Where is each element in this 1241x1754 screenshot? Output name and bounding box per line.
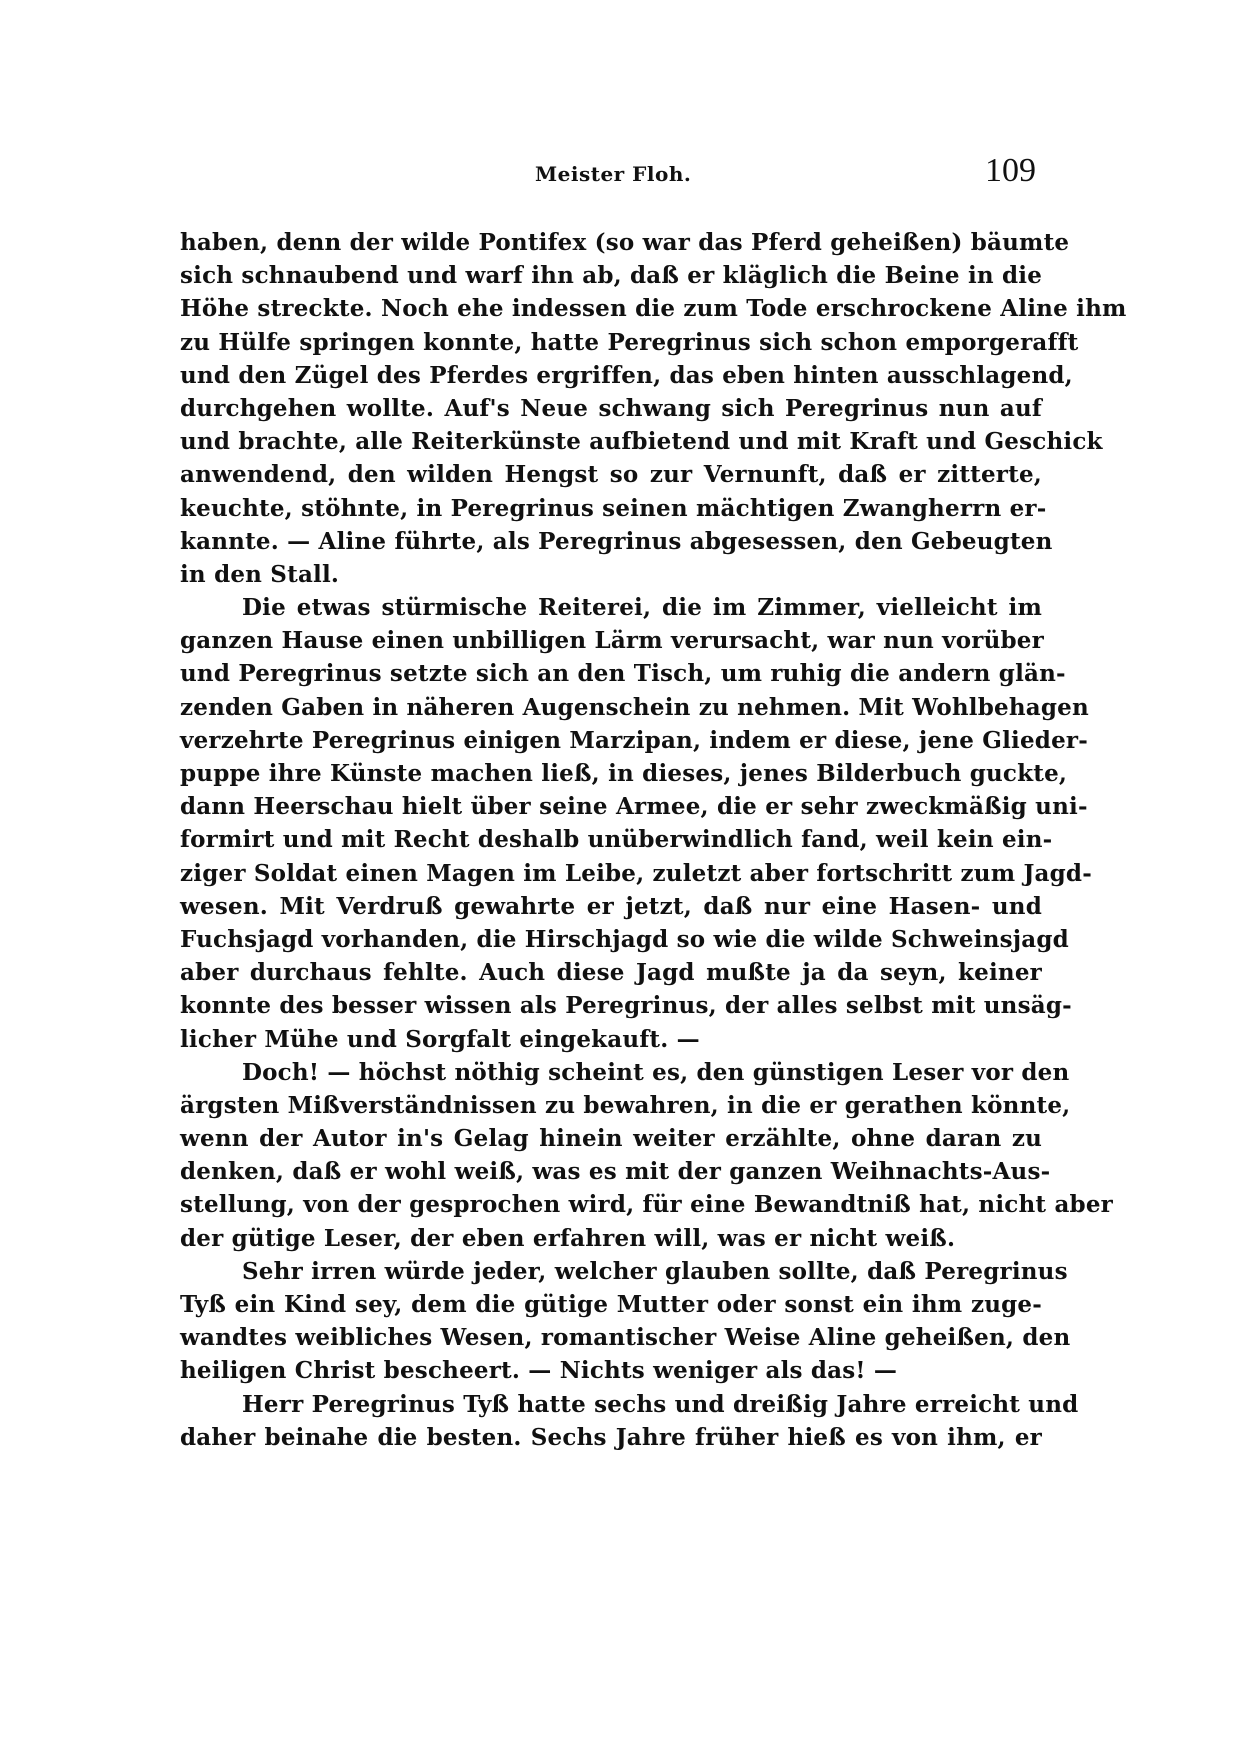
text-line: Doch! — höchst nöthig scheint es, den gü… bbox=[180, 1056, 1042, 1089]
text-line: durchgehen wollte. Auf's Neue schwang si… bbox=[180, 392, 1042, 425]
body-text: haben, denn der wilde Pontifex (so war d… bbox=[180, 226, 1042, 1454]
text-line: und brachte, alle Reiterkünste aufbieten… bbox=[180, 425, 1042, 458]
text-line: anwendend, den wilden Hengst so zur Vern… bbox=[180, 458, 1042, 491]
text-line: puppe ihre Künste machen ließ, in dieses… bbox=[180, 757, 1042, 790]
text-line: wenn der Autor in's Gelag hinein weiter … bbox=[180, 1122, 1042, 1155]
text-line: Sehr irren würde jeder, welcher glauben … bbox=[180, 1255, 1042, 1288]
text-line: Tyß ein Kind sey, dem die gütige Mutter … bbox=[180, 1288, 1042, 1321]
text-line: denken, daß er wohl weiß, was es mit der… bbox=[180, 1155, 1042, 1188]
text-line: zenden Gaben in näheren Augenschein zu n… bbox=[180, 691, 1042, 724]
text-line: licher Mühe und Sorgfalt eingekauft. — bbox=[180, 1023, 1042, 1056]
text-line: dann Heerschau hielt über seine Armee, d… bbox=[180, 790, 1042, 823]
text-line: daher beinahe die besten. Sechs Jahre fr… bbox=[180, 1421, 1042, 1454]
text-line: Höhe streckte. Noch ehe indessen die zum… bbox=[180, 292, 1042, 325]
text-line: haben, denn der wilde Pontifex (so war d… bbox=[180, 226, 1042, 259]
text-line: sich schnaubend und warf ihn ab, daß er … bbox=[180, 259, 1042, 292]
paragraph: Doch! — höchst nöthig scheint es, den gü… bbox=[180, 1056, 1042, 1255]
text-line: ganzen Hause einen unbilligen Lärm verur… bbox=[180, 624, 1042, 657]
book-page: Meister Floh. 109 haben, denn der wilde … bbox=[0, 0, 1241, 1754]
text-line: Fuchsjagd vorhanden, die Hirschjagd so w… bbox=[180, 923, 1042, 956]
text-line: ziger Soldat einen Magen im Leibe, zulet… bbox=[180, 857, 1042, 890]
text-line: Die etwas stürmische Reiterei, die im Zi… bbox=[180, 591, 1042, 624]
text-line: in den Stall. bbox=[180, 558, 1042, 591]
text-line: heiligen Christ bescheert. — Nichts weni… bbox=[180, 1354, 1042, 1387]
text-line: formirt und mit Recht deshalb unüberwind… bbox=[180, 823, 1042, 856]
text-line: wesen. Mit Verdruß gewahrte er jetzt, da… bbox=[180, 890, 1042, 923]
text-line: Herr Peregrinus Tyß hatte sechs und drei… bbox=[180, 1388, 1042, 1421]
paragraph: Herr Peregrinus Tyß hatte sechs und drei… bbox=[180, 1388, 1042, 1454]
text-line: zu Hülfe springen konnte, hatte Peregrin… bbox=[180, 326, 1042, 359]
running-head: Meister Floh. 109 bbox=[0, 150, 1241, 190]
text-line: der gütige Leser, der eben erfahren will… bbox=[180, 1222, 1042, 1255]
text-line: und Peregrinus setzte sich an den Tisch,… bbox=[180, 657, 1042, 690]
paragraph: Die etwas stürmische Reiterei, die im Zi… bbox=[180, 591, 1042, 1056]
text-line: keuchte, stöhnte, in Peregrinus seinen m… bbox=[180, 492, 1042, 525]
text-line: aber durchaus fehlte. Auch diese Jagd mu… bbox=[180, 956, 1042, 989]
text-line: ärgsten Mißverständnissen zu bewahren, i… bbox=[180, 1089, 1042, 1122]
text-line: konnte des besser wissen als Peregrinus,… bbox=[180, 989, 1042, 1022]
paragraph: Sehr irren würde jeder, welcher glauben … bbox=[180, 1255, 1042, 1388]
text-line: verzehrte Peregrinus einigen Marzipan, i… bbox=[180, 724, 1042, 757]
text-line: wandtes weibliches Wesen, romantischer W… bbox=[180, 1321, 1042, 1354]
paragraph: haben, denn der wilde Pontifex (so war d… bbox=[180, 226, 1042, 591]
running-title: Meister Floh. bbox=[535, 162, 691, 186]
text-line: stellung, von der gesprochen wird, für e… bbox=[180, 1188, 1042, 1221]
page-number: 109 bbox=[985, 152, 1036, 190]
text-line: und den Zügel des Pferdes ergriffen, das… bbox=[180, 359, 1042, 392]
text-line: kannte. — Aline führte, als Peregrinus a… bbox=[180, 525, 1042, 558]
